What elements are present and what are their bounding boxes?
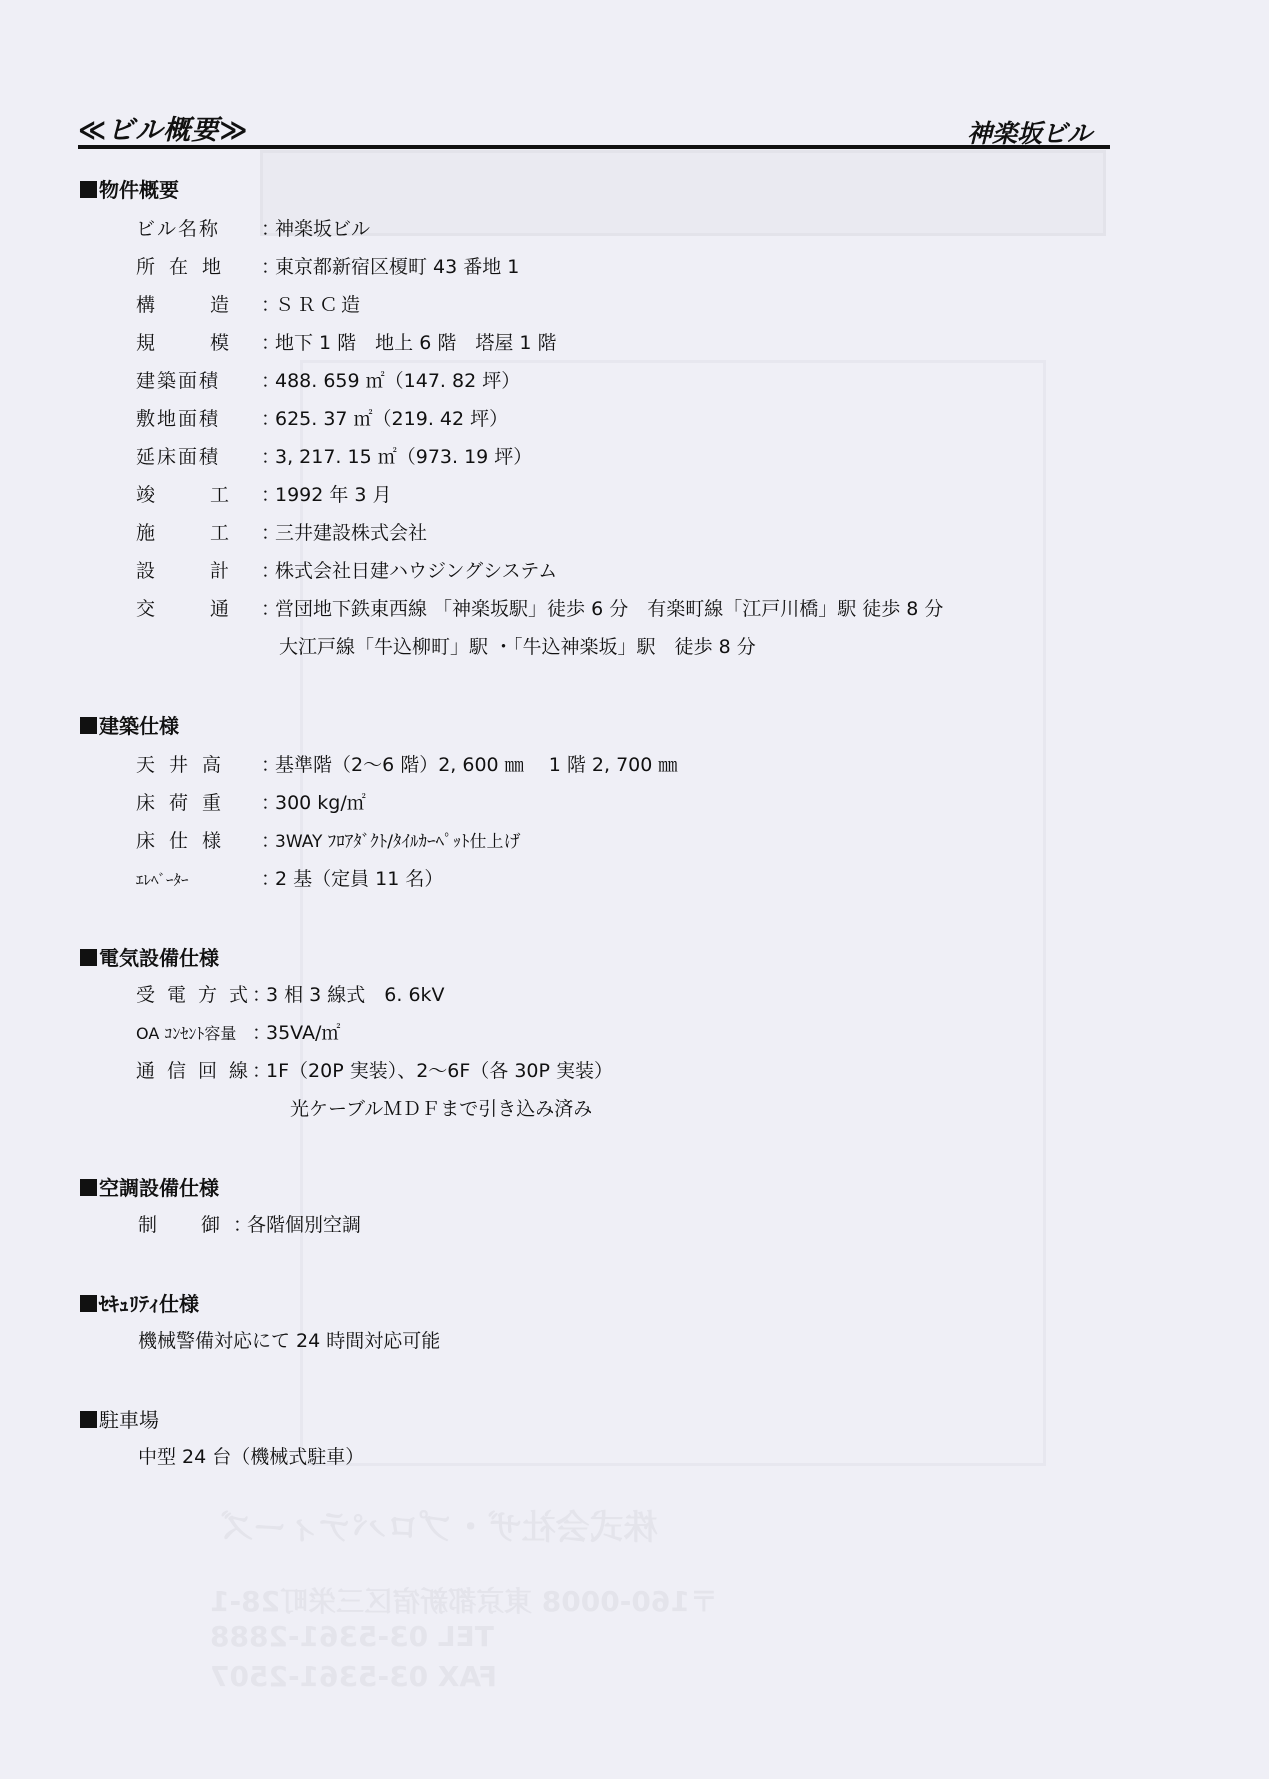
spec-value: 2 基（定員 11 名） xyxy=(275,864,443,891)
spec-row-power-receiving: 受電方式：3 相 3 線式 6. 6kV xyxy=(136,980,445,1007)
colon: ： xyxy=(261,864,275,891)
square-bullet-icon xyxy=(80,1411,97,1428)
section-title-text: 電気設備仕様 xyxy=(99,946,219,970)
spec-value: 625. 37 ㎡（219. 42 坪） xyxy=(275,404,508,431)
colon: ： xyxy=(252,980,266,1007)
security-text: 機械警備対応にて 24 時間対応可能 xyxy=(138,1326,440,1353)
colon: ： xyxy=(261,214,275,241)
colon: ： xyxy=(252,1018,266,1045)
spec-label: ビル名称 xyxy=(136,214,261,241)
spec-value: 3, 217. 15 ㎡（973. 19 坪） xyxy=(275,442,532,469)
spec-label: 所在地 xyxy=(136,252,261,279)
spec-row-building-area: 建築面積：488. 659 ㎡（147. 82 坪） xyxy=(136,366,520,393)
spec-value: 488. 659 ㎡（147. 82 坪） xyxy=(275,366,520,393)
spec-value-continuation: 大江戸線「牛込柳町」駅 ・「牛込神楽坂」駅 徒歩 8 分 xyxy=(279,632,756,659)
section-title-overview: 物件概要 xyxy=(80,174,179,203)
spec-row-total-floor-area: 延床面積：3, 217. 15 ㎡（973. 19 坪） xyxy=(136,442,532,469)
spec-label: 構造 xyxy=(136,290,261,317)
colon: ： xyxy=(252,1056,266,1083)
colon: ： xyxy=(261,750,275,777)
colon: ： xyxy=(261,788,275,815)
colon: ： xyxy=(261,518,275,545)
spec-value: 3WAY ﾌﾛｱﾀﾞｸﾄ/ﾀｲﾙｶｰﾍﾟｯﾄ仕上げ xyxy=(275,827,521,852)
colon: ： xyxy=(261,442,275,469)
section-title-parking: 駐車場 xyxy=(80,1404,159,1433)
colon: ： xyxy=(261,290,275,317)
colon: ： xyxy=(261,556,275,583)
spec-row-ceiling-height: 天井高：基準階（2～6 階）2, 600 ㎜ 1 階 2, 700 ㎜ xyxy=(136,750,677,777)
page-title: ≪ビル概要≫ xyxy=(78,108,249,147)
square-bullet-icon xyxy=(80,181,97,198)
spec-label: 建築面積 xyxy=(136,366,261,393)
spec-row-floor-load: 床荷重：300 kg/㎡ xyxy=(136,788,366,815)
spec-value: 35VA/㎡ xyxy=(266,1018,340,1045)
spec-label: 設計 xyxy=(136,556,261,583)
spec-value: 東京都新宿区榎町 43 番地 1 xyxy=(275,252,519,279)
spec-value-continuation: 光ケーブルＭＤＦまで引き込み済み xyxy=(290,1094,592,1121)
show-through-text: 株式会社ザ・プロパティーズ xyxy=(220,1500,658,1549)
section-title-electrical: 電気設備仕様 xyxy=(80,942,219,971)
spec-value: 三井建設株式会社 xyxy=(275,518,427,545)
spec-row-telecom: 通信回線：1F（20P 実装）、2～6F（各 30P 実装） xyxy=(136,1056,613,1083)
spec-value: 神楽坂ビル xyxy=(275,214,370,241)
spec-row-designer: 設計：株式会社日建ハウジングシステム xyxy=(136,556,557,583)
section-title-hvac: 空調設備仕様 xyxy=(80,1172,219,1201)
colon: ： xyxy=(261,404,275,431)
spec-value: 営団地下鉄東西線 「神楽坂駅」徒歩 6 分 有楽町線「江戸川橋」駅 徒歩 8 分 xyxy=(275,594,943,621)
colon: ： xyxy=(261,594,275,621)
document-page: 株式会社ザ・プロパティーズ 〒160-0008 東京都新宿区三栄町28-1 TE… xyxy=(0,0,1269,1779)
show-through-text: FAX 03-5361-2507 xyxy=(210,1660,497,1693)
spec-value: 1992 年 3 月 xyxy=(275,480,392,507)
show-through-text: 〒160-0008 東京都新宿区三栄町28-1 xyxy=(210,1580,718,1620)
square-bullet-icon xyxy=(80,717,97,734)
spec-label: 通信回線 xyxy=(136,1056,252,1083)
spec-label: 床仕様 xyxy=(136,826,261,853)
spec-label: 床荷重 xyxy=(136,788,261,815)
spec-value: 300 kg/㎡ xyxy=(275,788,366,815)
spec-label: 施工 xyxy=(136,518,261,545)
spec-label: 延床面積 xyxy=(136,442,261,469)
square-bullet-icon xyxy=(80,1179,97,1196)
colon: ： xyxy=(261,826,275,853)
spec-row-access: 交通：営団地下鉄東西線 「神楽坂駅」徒歩 6 分 有楽町線「江戸川橋」駅 徒歩 … xyxy=(136,594,943,621)
spec-row-address: 所在地：東京都新宿区榎町 43 番地 1 xyxy=(136,252,519,279)
spec-row-oa-outlet: OA ｺﾝｾﾝﾄ容量：35VA/㎡ xyxy=(136,1018,340,1045)
spec-value: 地下 1 階 地上 6 階 塔屋 1 階 xyxy=(275,328,557,355)
spec-label: 交通 xyxy=(136,594,261,621)
spec-label: OA ｺﾝｾﾝﾄ容量 xyxy=(136,1021,252,1044)
spec-row-completion: 竣工： 1992 年 3 月 xyxy=(136,480,392,507)
page-header: ≪ビル概要≫ 神楽坂ビル xyxy=(78,108,1110,148)
colon: ： xyxy=(261,328,275,355)
spec-value: 3 相 3 線式 6. 6kV xyxy=(266,980,445,1007)
spec-label: 規模 xyxy=(136,328,261,355)
show-through-text: TEL 03-5361-2888 xyxy=(210,1620,494,1653)
spec-row-building-name: ビル名称：神楽坂ビル xyxy=(136,214,370,241)
spec-label: 竣工 xyxy=(136,480,261,507)
header-divider xyxy=(78,145,1110,149)
spec-label: 受電方式 xyxy=(136,980,252,1007)
show-through-banner xyxy=(260,150,1106,236)
spec-value: 各階個別空調 xyxy=(247,1210,361,1237)
spec-row-control: 制御：各階個別空調 xyxy=(138,1210,361,1237)
colon: ： xyxy=(261,252,275,279)
section-title-security: ｾｷｭﾘﾃｨ仕様 xyxy=(80,1288,199,1317)
spec-value: 基準階（2～6 階）2, 600 ㎜ 1 階 2, 700 ㎜ xyxy=(275,750,677,777)
spec-row-scale: 規模：地下 1 階 地上 6 階 塔屋 1 階 xyxy=(136,328,557,355)
section-title-text: 物件概要 xyxy=(99,178,179,202)
spec-row-site-area: 敷地面積：625. 37 ㎡（219. 42 坪） xyxy=(136,404,508,431)
spec-label: ｴﾚﾍﾞｰﾀｰ xyxy=(136,869,261,890)
colon: ： xyxy=(233,1210,247,1237)
section-title-architecture: 建築仕様 xyxy=(80,710,179,739)
parking-text: 中型 24 台（機械式駐車） xyxy=(138,1442,364,1469)
spec-label: 天井高 xyxy=(136,750,261,777)
spec-row-structure: 構造：ＳＲＣ造 xyxy=(136,290,363,317)
section-title-text: 駐車場 xyxy=(99,1408,159,1432)
spec-row-elevator: ｴﾚﾍﾞｰﾀｰ：2 基（定員 11 名） xyxy=(136,864,443,891)
colon: ： xyxy=(261,480,275,507)
square-bullet-icon xyxy=(80,949,97,966)
spec-row-contractor: 施工：三井建設株式会社 xyxy=(136,518,427,545)
spec-value: 株式会社日建ハウジングシステム xyxy=(275,556,557,583)
section-title-text: 建築仕様 xyxy=(99,714,179,738)
spec-label: 制御 xyxy=(138,1210,233,1237)
section-title-text: 空調設備仕様 xyxy=(99,1176,219,1200)
spec-value: ＳＲＣ造 xyxy=(275,290,363,317)
square-bullet-icon xyxy=(80,1295,97,1312)
spec-value: 1F（20P 実装）、2～6F（各 30P 実装） xyxy=(266,1056,613,1083)
spec-row-floor-finish: 床仕様：3WAY ﾌﾛｱﾀﾞｸﾄ/ﾀｲﾙｶｰﾍﾟｯﾄ仕上げ xyxy=(136,826,521,853)
colon: ： xyxy=(261,366,275,393)
spec-label: 敷地面積 xyxy=(136,404,261,431)
section-title-text: ｾｷｭﾘﾃｨ仕様 xyxy=(99,1292,199,1316)
